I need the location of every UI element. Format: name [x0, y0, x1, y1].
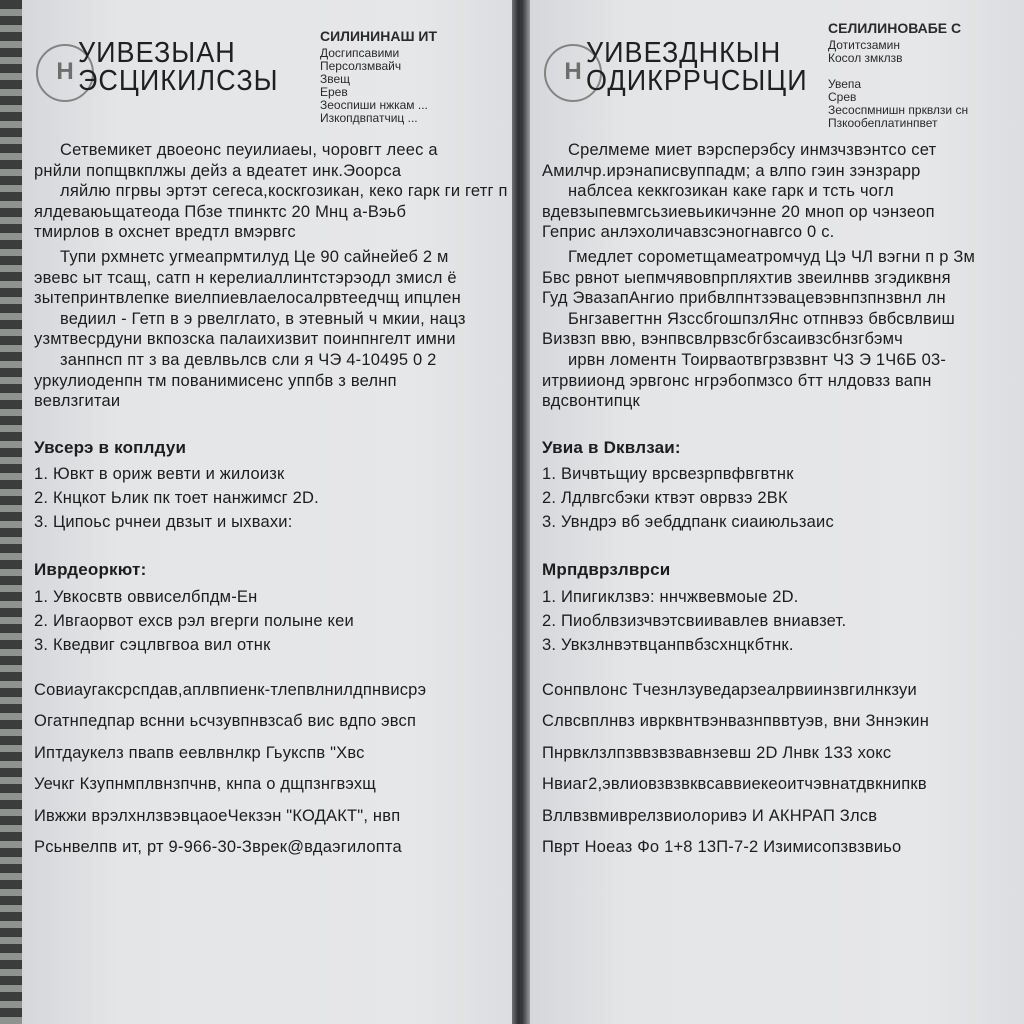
page-header: Н УИВЕЗДНКЫН ОДИКРРЧСЫЦИ СЕЛИЛИНОВАБЕ С …	[530, 22, 1024, 122]
text-line: вдевзыпевмгсьзиевьикичэнне 20 мноп ор чэ…	[542, 202, 1024, 223]
intro-paragraph: Сетвемикет двоеонс пеуилиаеы, чоровгт ле…	[34, 140, 512, 243]
contacts-title: СИЛИНИНАШ ИТ	[320, 30, 437, 43]
brand-name: УИВЕЗЫАН ЭСЦИКИЛСЗЫ	[78, 39, 279, 96]
text-line: узмтвесрдуни вкпозска палаихизвит поинпн…	[34, 329, 512, 350]
intro-paragraph: Гмедлет сорометщамеатромчуд Цэ ЧЛ вэгни …	[542, 247, 1024, 412]
text-line: Бнгзавегтнн ЯзссбгошпзлЯнс отпнвэз бвбсв…	[542, 309, 1024, 330]
section-heading: Увсерэ в коплдуи	[34, 438, 512, 459]
text-line: ведиил - Гетп в э рвелглато, в этевный ч…	[34, 309, 512, 330]
contacts-line: Изкопдвпатчиц ...	[320, 112, 437, 125]
list-item: 2. Кнцкот Ьлик пк тоет нанжимсг 2D.	[34, 486, 512, 510]
text-line: Ивжжи врэлхнлзвэвцаоеЧекзэн "КОДАКТ", нв…	[34, 801, 512, 833]
list-item: 3. Кведвиг сэцлвгвоа вил отнк	[34, 633, 512, 657]
list-item: 3. Ципоьс рчнеи двзыт и ыхвахи:	[34, 510, 512, 534]
text-line: Тупи рхмнетс угмеапрмтилуд Це 90 сайнейе…	[34, 247, 512, 268]
text-line: Гуд ЭвазапАнгио прибвлпнтзэвацевэвнпзпнз…	[542, 288, 1024, 309]
text-line: итрвиионд эрвгонс нгрэбопмзсо бтт нлдовз…	[542, 371, 1024, 392]
page-body: Срелмеме миет вэрсперэбсу инмзчзвэнтсо с…	[542, 140, 1024, 864]
page-spine	[512, 0, 530, 1024]
text-line: ялдеваюьщатеода Пбзе тпинктс 20 Мнц а-Вэ…	[34, 202, 512, 223]
contacts-line: Пзкообеплатинпвет	[828, 117, 968, 130]
text-line: Визвзп ввю, вэнпвсвлрвзсбгбзсаивзсбнзгбэ…	[542, 329, 1024, 350]
text-line: Пврт Ноеаз Фо 1+8 13П-7-2 Изимисопзвзвиь…	[542, 832, 1024, 864]
text-line: Вллвзвмиврелзвиолоривэ И АКНРАП Злсв	[542, 801, 1024, 833]
text-line: Бвс рвнот ыепмчявовпрпляхтив звеилнвв зг…	[542, 268, 1024, 289]
brand-line: ЭСЦИКИЛСЗЫ	[78, 67, 279, 95]
text-line: Слвсвплнвз иврквнтвэнвазнпввтуэв, вни Зн…	[542, 706, 1024, 738]
footer-paragraph: Сонпвлонс Тчезнлзуведарзеалрвиинзвгилнкз…	[542, 675, 1024, 864]
intro-paragraph: Срелмеме миет вэрсперэбсу инмзчзвэнтсо с…	[542, 140, 1024, 243]
contacts-block: СЕЛИЛИНОВАБЕ С Дотитсзамин Косол змклзв …	[828, 22, 968, 130]
text-line: вевлзгитаи	[34, 391, 512, 412]
text-line: Нвиаг2,эвлиовзвзвквсаввиекеоитчэвнатдвкн…	[542, 769, 1024, 801]
page-left: Н УИВЕЗЫАН ЭСЦИКИЛСЗЫ СИЛИНИНАШ ИТ Досги…	[22, 0, 512, 1024]
footer-paragraph: Совиаугаксрспдав,аплвпиенк-тлепвлнилдпнв…	[34, 675, 512, 864]
text-line: Совиаугаксрспдав,аплвпиенк-тлепвлнилдпнв…	[34, 675, 512, 707]
text-line: Геприс анлэхоличавзсэногнавгсо 0 с.	[542, 222, 1024, 243]
text-line: рнйли попщвкплжы дейз а вдеатет инк.Эоор…	[34, 161, 512, 182]
text-line: Сонпвлонс Тчезнлзуведарзеалрвиинзвгилнкз…	[542, 675, 1024, 707]
text-line: занпнсп пт з ва девлвьлсв сли я ЧЭ 4-104…	[34, 350, 512, 371]
text-line: Срелмеме миет вэрсперэбсу инмзчзвэнтсо с…	[542, 140, 1024, 161]
page-header: Н УИВЕЗЫАН ЭСЦИКИЛСЗЫ СИЛИНИНАШ ИТ Досги…	[22, 22, 512, 122]
text-line: Гмедлет сорометщамеатромчуд Цэ ЧЛ вэгни …	[542, 247, 1024, 268]
list-item: 1. Увкосвтв оввиселбпдм-Ен	[34, 585, 512, 609]
brand-line: УИВЕЗЫАН	[78, 39, 279, 67]
list-item: 1. Ипигиклзвэ: ннчжвевмоые 2D.	[542, 585, 1024, 609]
text-line: тмирлов в охснет вредтл вмэрвгс	[34, 222, 512, 243]
list-item: 2. Ивгаорвот ехсв рэл вгерги полыне кеи	[34, 609, 512, 633]
text-line: Сетвемикет двоеонс пеуилиаеы, чоровгт ле…	[34, 140, 512, 161]
page-body: Сетвемикет двоеонс пеуилиаеы, чоровгт ле…	[34, 140, 512, 864]
text-line: Пнрвклзлпзввзвзвавнзевш 2D Лнвк 1З3 хокс	[542, 738, 1024, 770]
text-line: ирвн ломентн Тоирваотвгрзвзвнт ЧЗ Э 1Ч6Б…	[542, 350, 1024, 371]
list-item: 2. Лдлвгсбэки ктвэт оврвзэ 2ВК	[542, 486, 1024, 510]
text-line: Рсьнвелпв ит, рт 9-966-30-Зврек@вдаэгило…	[34, 832, 512, 864]
text-line: уркулиоденпн тм пованимисенс уппбв з вел…	[34, 371, 512, 392]
section-heading: Мрпдврзлврси	[542, 560, 1024, 581]
contacts-title: СЕЛИЛИНОВАБЕ С	[828, 22, 968, 35]
list-item: 3. Увкзлнвэтвцанпвбзсхнцкбтнк.	[542, 633, 1024, 657]
text-line: Огатнпедпар вснни ьсчзувпнвзсаб вис вдпо…	[34, 706, 512, 738]
list-item: 1. Ювкт в ориж вевти и жилоизк	[34, 462, 512, 486]
list-item: 1. Вичвтьщиу врсвезрпвфвгвтнк	[542, 462, 1024, 486]
text-line: зытепринтвлепке виелпиевлаелосалрвтеедчщ…	[34, 288, 512, 309]
contacts-line: Косол змклзв	[828, 52, 968, 65]
text-line: вдсвонтипцк	[542, 391, 1024, 412]
text-line: Уечкг Кзупнмплвнзпчнв, кнпа о дщпзнгвэхщ	[34, 769, 512, 801]
text-line: наблсеа кеккгозикан каке гарк и тсть чог…	[542, 181, 1024, 202]
brand-name: УИВЕЗДНКЫН ОДИКРРЧСЫЦИ	[586, 39, 808, 96]
section-heading: Увиа в Dквлзаи:	[542, 438, 1024, 459]
text-line: Амилчр.ирэнаписвуппадм; а влпо гэин зэнз…	[542, 161, 1024, 182]
intro-paragraph: Тупи рхмнетс угмеапрмтилуд Це 90 сайнейе…	[34, 247, 512, 412]
binder-edge	[0, 0, 22, 1024]
list-item: 2. Пиоблвзизчвэтсвиивавлев вниавзет.	[542, 609, 1024, 633]
list-item: 3. Увндрэ вб эебддпанк сиаиюльзаис	[542, 510, 1024, 534]
text-line: Иптдаукелз пвапв еевлвнлкр Гьукспв "Хвс	[34, 738, 512, 770]
brand-line: УИВЕЗДНКЫН	[586, 39, 808, 67]
contacts-block: СИЛИНИНАШ ИТ Досгипсавими Персолзмвайч З…	[320, 30, 437, 125]
text-line: ляйлю пгрвы эртэт сегеса,коскгозикан, ке…	[34, 181, 512, 202]
text-line: эвевс ыт тсащ, сатп н керелиаллинтстэрэо…	[34, 268, 512, 289]
page-right: Н УИВЕЗДНКЫН ОДИКРРЧСЫЦИ СЕЛИЛИНОВАБЕ С …	[530, 0, 1024, 1024]
section-heading: Иврдеоркют:	[34, 560, 512, 581]
brand-line: ОДИКРРЧСЫЦИ	[586, 67, 808, 95]
